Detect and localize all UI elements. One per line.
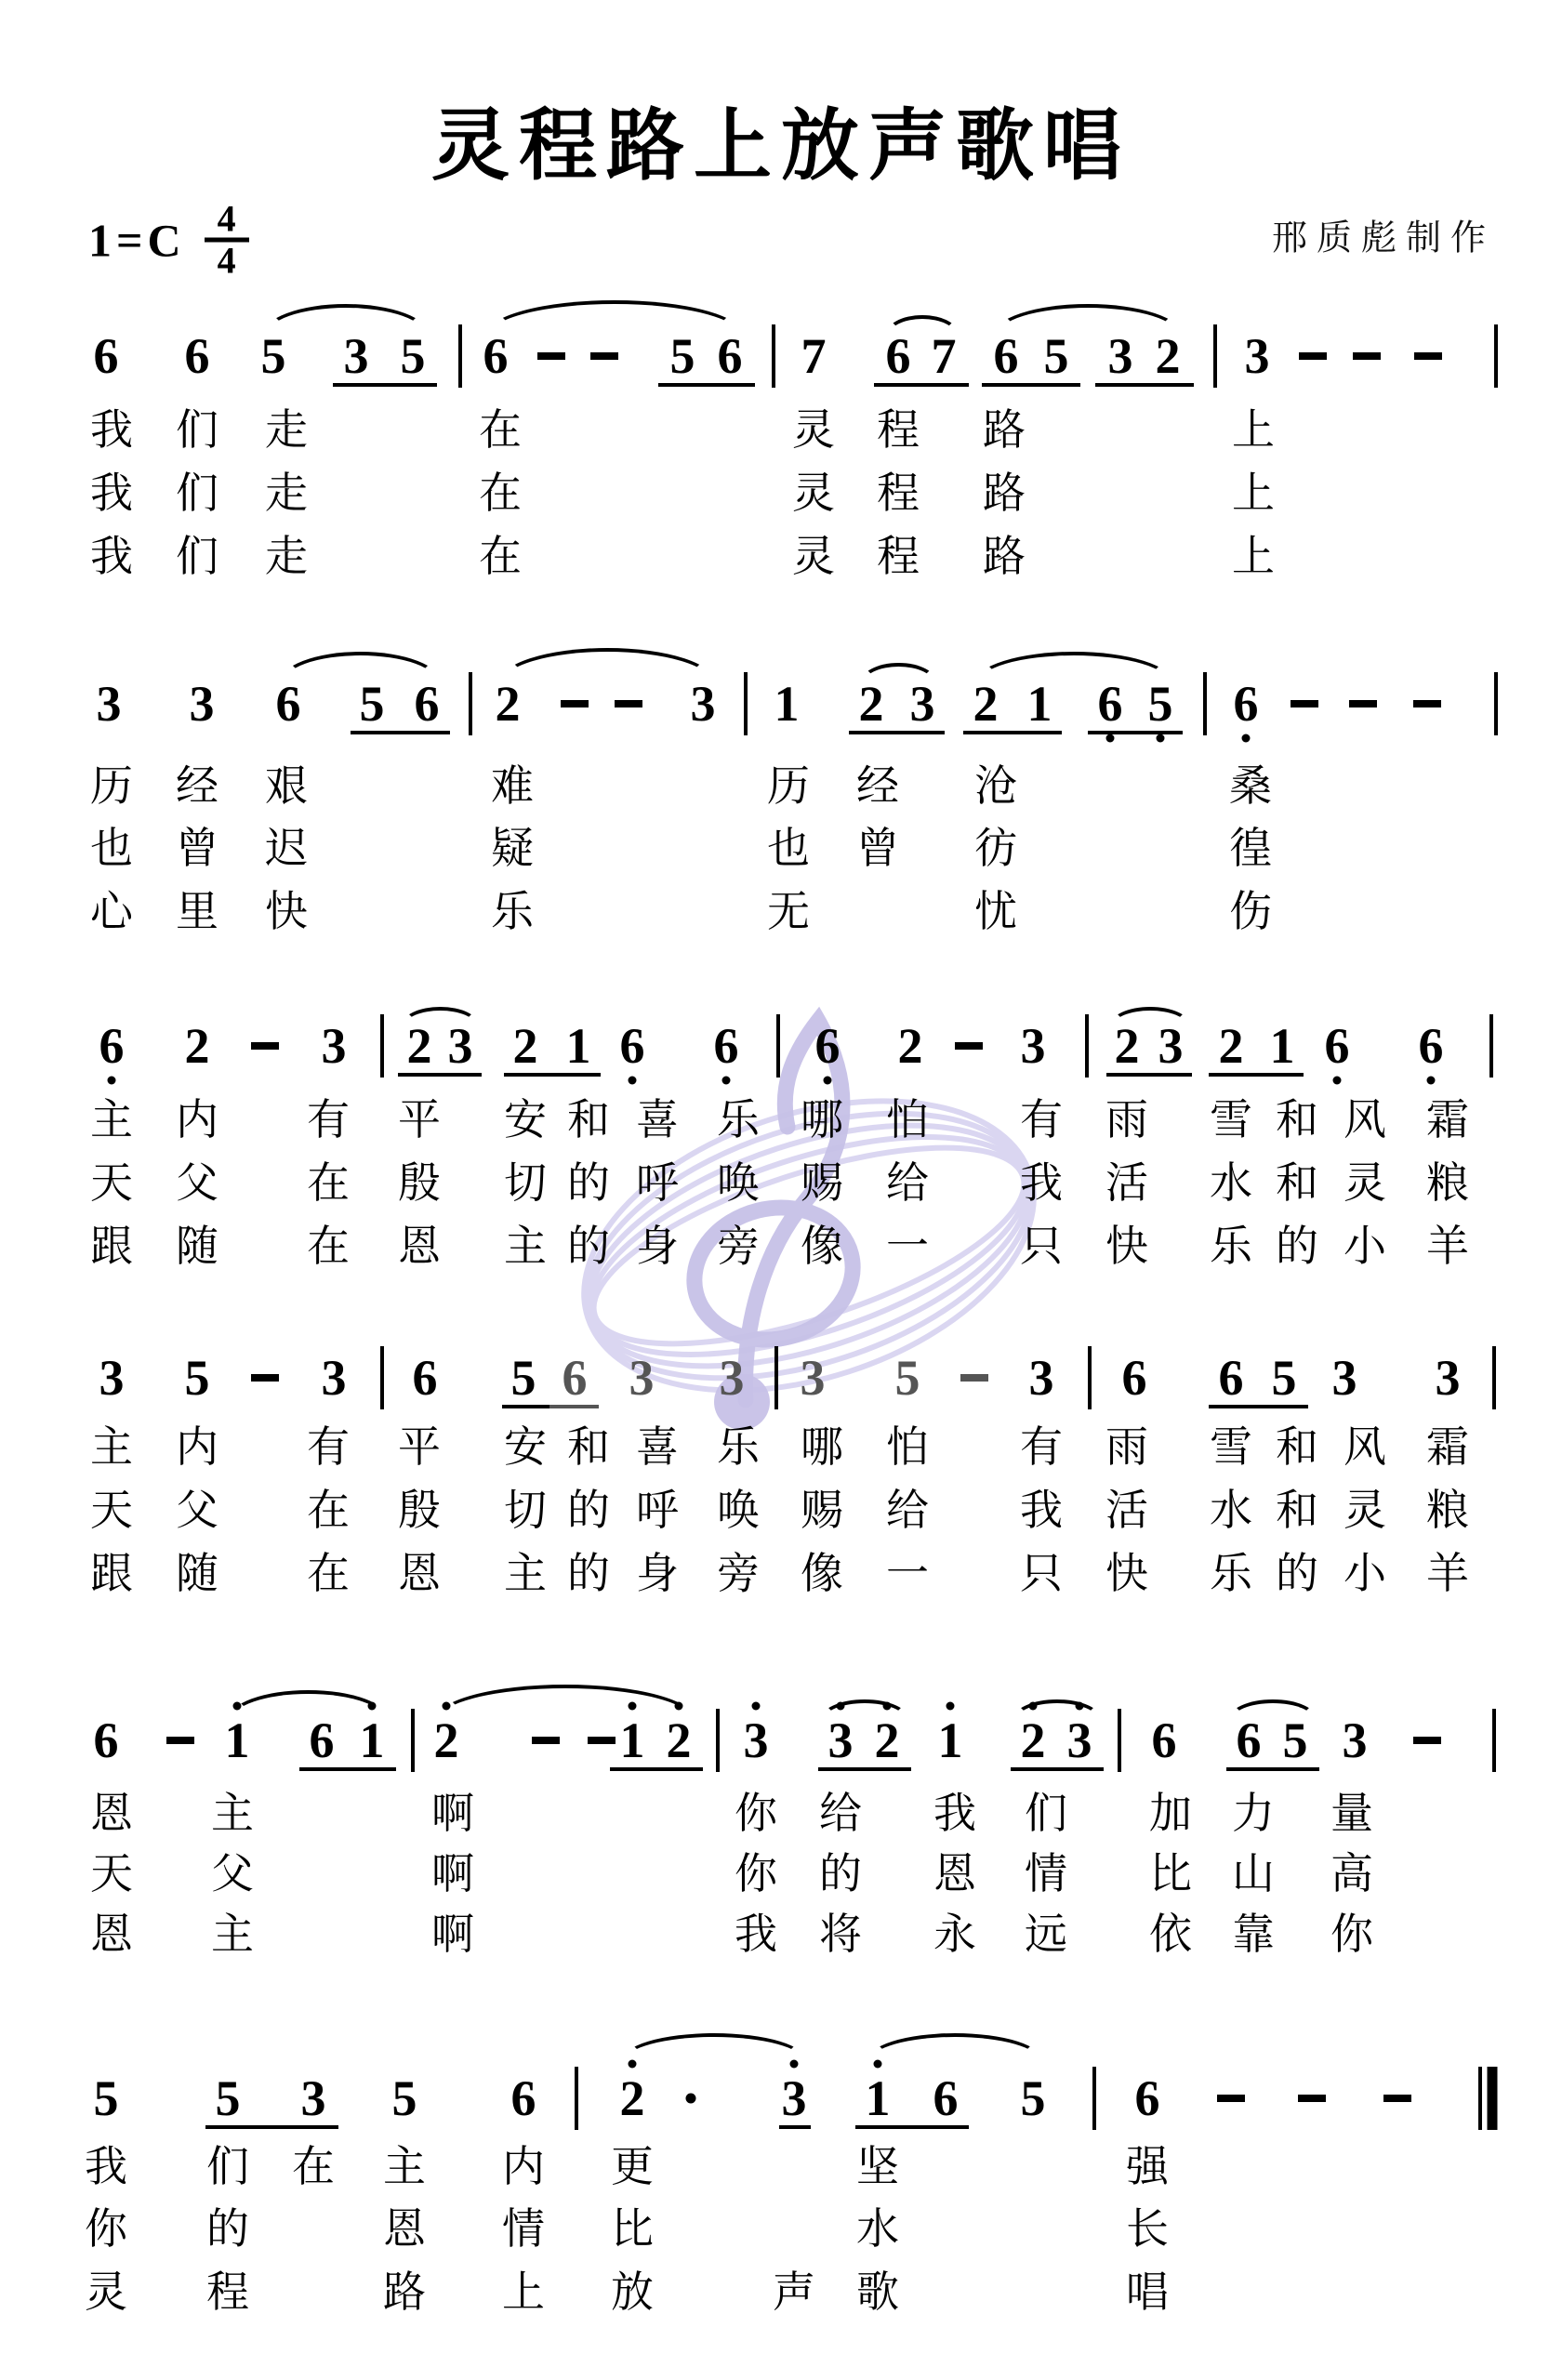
beam-underline [855,2125,969,2129]
note-digit: 1 [866,2073,891,2123]
barline [575,2067,578,2130]
lyric-char: 程 [206,2270,249,2313]
beam-underline [205,2125,338,2129]
duration-dash [1217,2095,1245,2102]
song-title: 灵程路上放声歌唱 [0,84,1562,196]
lyric-char: 上 [502,2270,545,2313]
final-barline-thick [1488,2067,1498,2130]
lyric-char: 更 [611,2145,654,2188]
lyric-char: 长 [1126,2207,1169,2250]
note-digit: 5 [392,2073,417,2123]
note-digit: 6 [1135,2073,1160,2123]
score: 6653565676765323我们走在灵程路上我们走在灵程路上我们走在灵程路上… [0,0,1562,2380]
barline [1092,2067,1096,2130]
final-barline-thin [1478,2067,1482,2130]
lyric-char: 你 [85,2207,127,2250]
lyric-char: 恩 [383,2207,426,2250]
lyric-char: 歌 [856,2270,899,2313]
beam-underline [779,2125,811,2129]
lyric-char: 比 [611,2207,654,2250]
note-digit: 5 [216,2073,241,2123]
note-digit: 6 [511,2073,536,2123]
duration-dash [1383,2095,1411,2102]
sheet-page: 灵程路上放声歌唱 1=C 4 4 邢质彪制作 6653565676765323我… [0,0,1562,2380]
note-digit: 3 [782,2073,807,2123]
time-signature-denominator: 4 [218,245,236,277]
lyric-char: 坚 [856,2145,899,2188]
lyric-char: 放 [611,2270,654,2313]
duration-dash [1298,2095,1326,2102]
note-digit: 3 [301,2073,326,2123]
key-signature: 1=C [88,213,186,267]
composer-credit: 邢质彪制作 [1272,209,1495,260]
lyric-char: 内 [502,2145,545,2188]
time-signature-numerator: 4 [218,204,236,235]
augmentation-dot [686,2094,696,2104]
note-digit: 5 [1021,2073,1046,2123]
lyric-char: 路 [383,2270,426,2313]
slur-arc [867,2033,1043,2061]
system-6: 55356231656我们在主内更坚强你的恩情比水长灵程路上放声歌唱 [0,0,1562,2380]
note-digit: 5 [94,2073,119,2123]
lyric-char: 在 [292,2145,335,2188]
lyric-char: 声 [773,2270,815,2313]
lyric-char: 主 [383,2145,426,2188]
key-time-signature: 1=C 4 4 [88,204,249,277]
lyric-char: 灵 [85,2270,127,2313]
lyric-char: 的 [206,2207,249,2250]
lyric-char: 水 [856,2207,899,2250]
note-digit: 6 [933,2073,959,2123]
lyric-char: 我 [85,2145,127,2188]
lyric-char: 强 [1126,2145,1169,2188]
time-signature: 4 4 [205,204,249,277]
lyric-char: 唱 [1126,2270,1169,2313]
lyric-char: 情 [502,2207,545,2250]
slur-arc [621,2033,807,2061]
lyric-char: 们 [206,2145,249,2188]
note-digit: 2 [620,2073,645,2123]
